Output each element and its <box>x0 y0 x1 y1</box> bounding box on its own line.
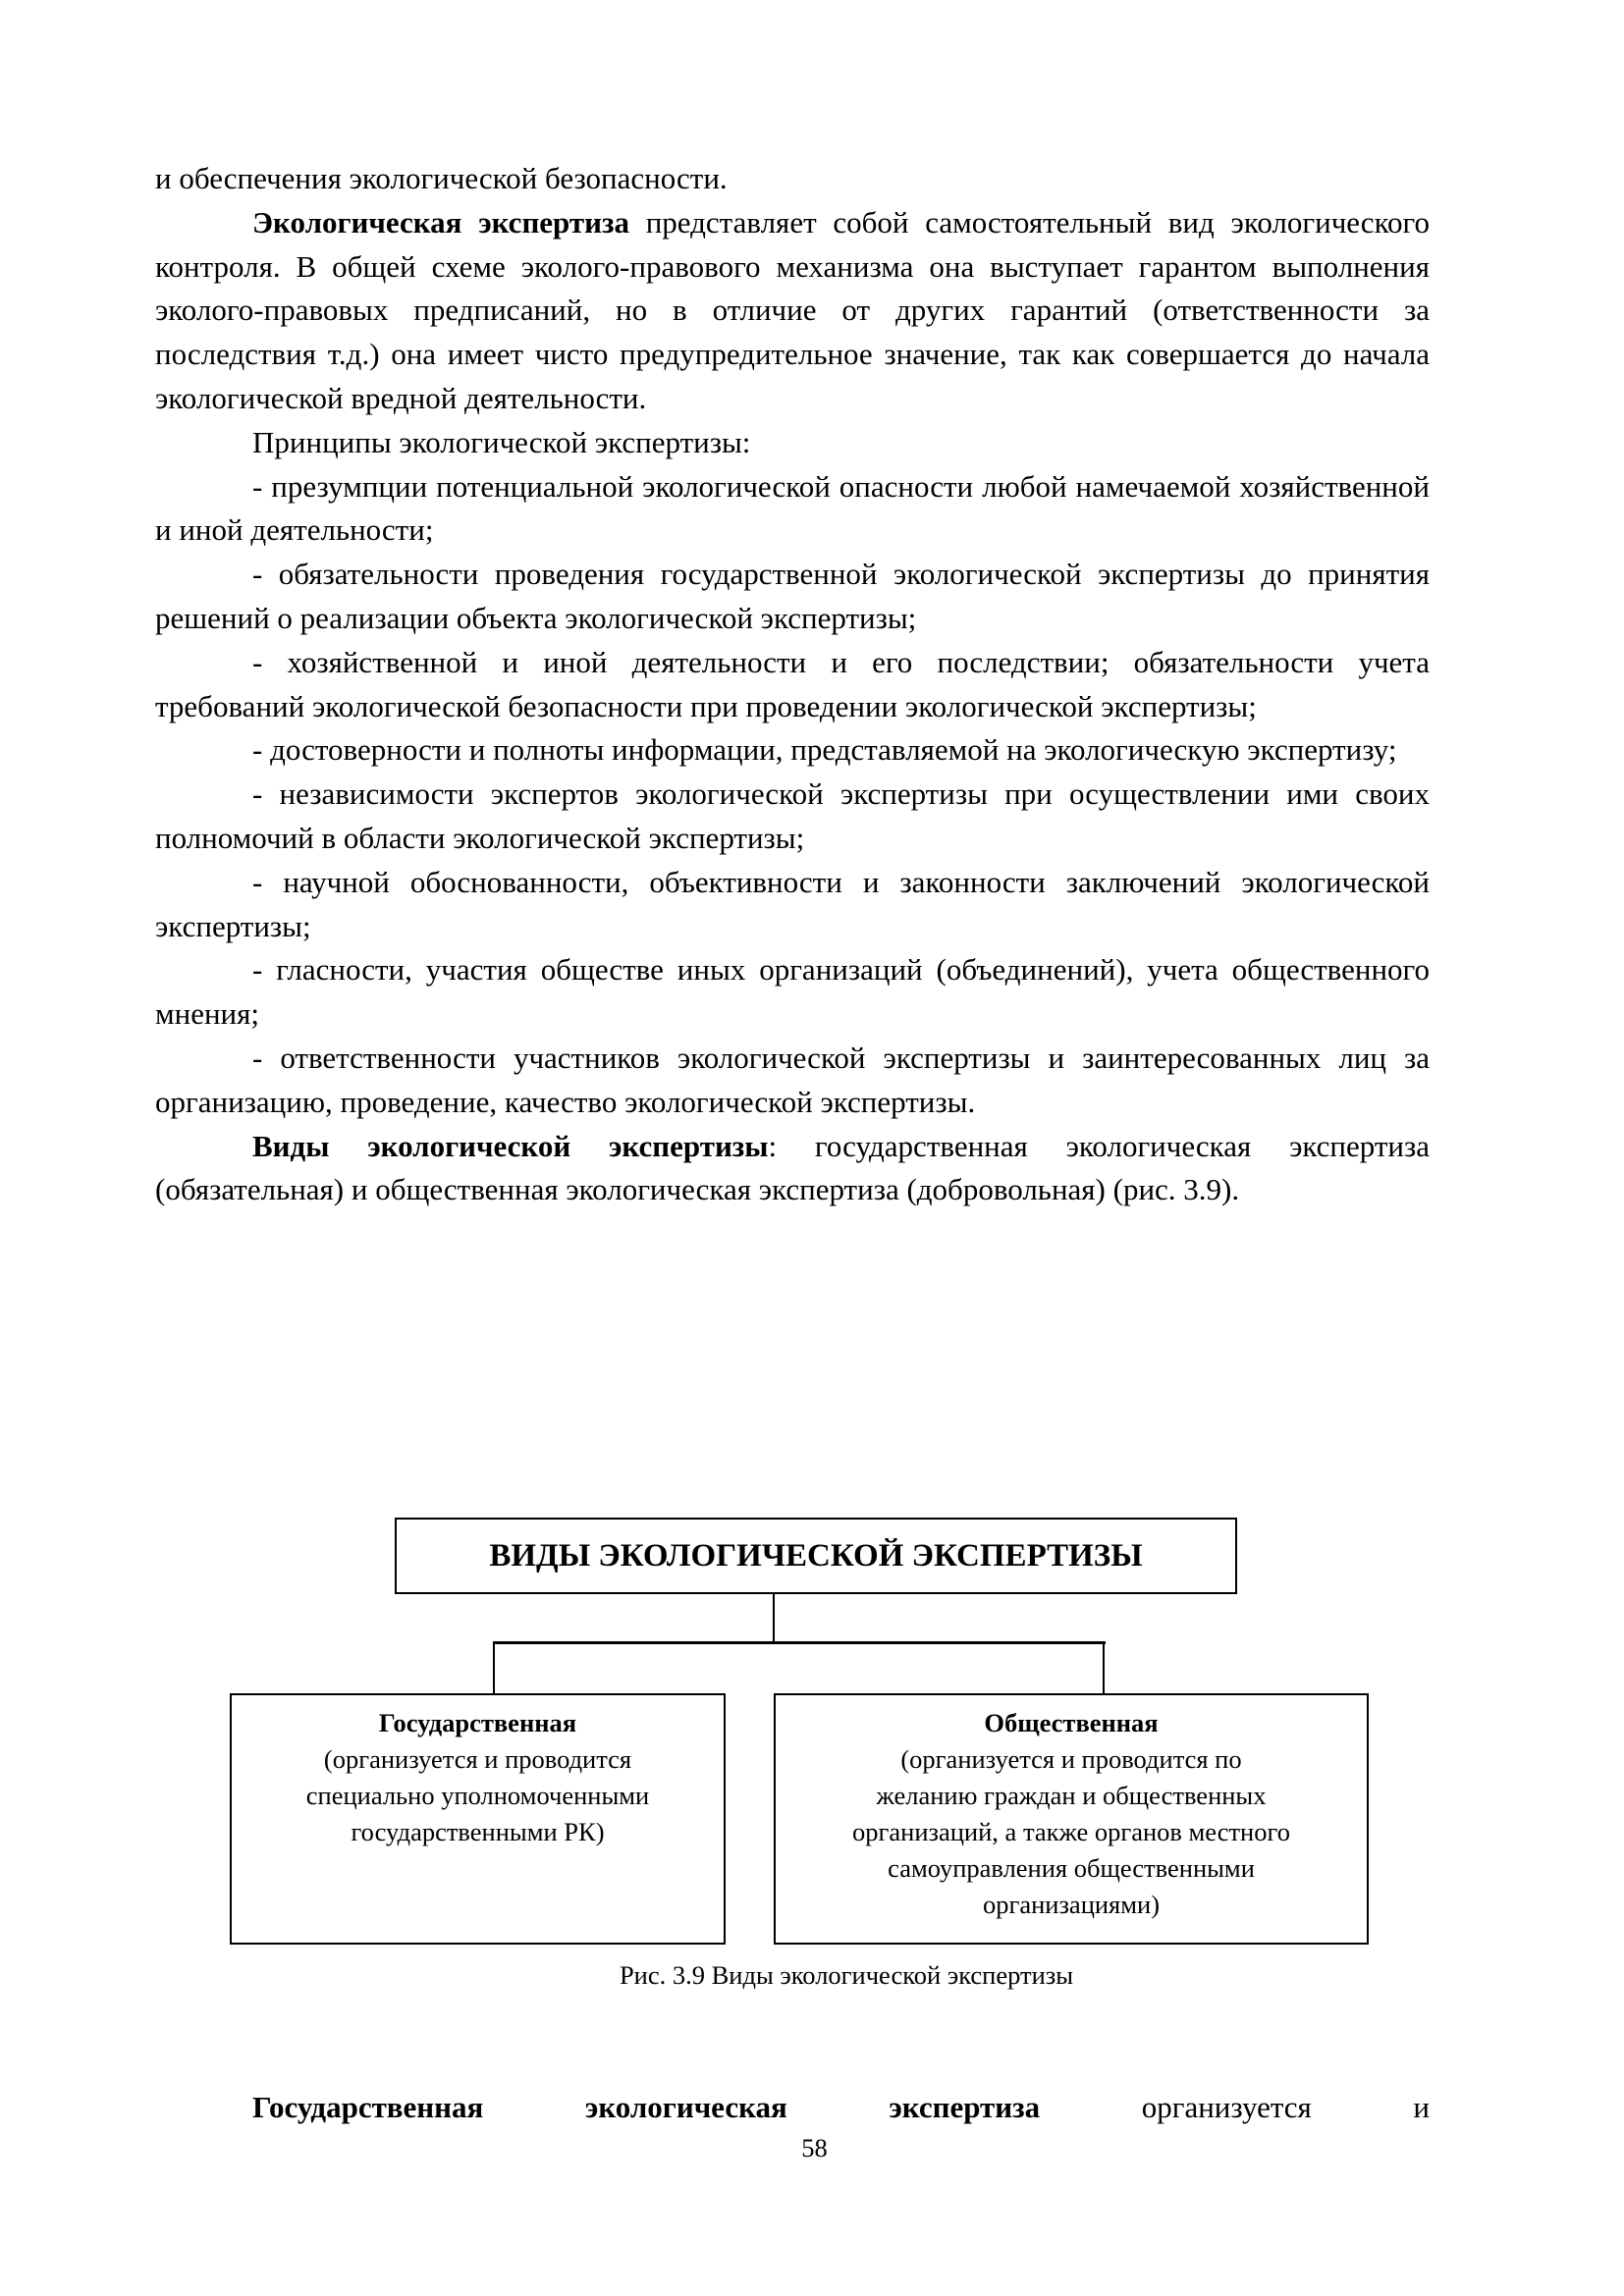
public-box-line: организаций, а также органов местного <box>776 1814 1367 1850</box>
definition-paragraph: Экологическая экспертиза представляет со… <box>155 201 1430 421</box>
connector-line <box>493 1641 1106 1644</box>
types-term: Виды экологической экспертизы <box>252 1129 768 1163</box>
last-paragraph: Государственная экологическая экспертиза… <box>155 2086 1430 2130</box>
public-box-title: Общественная <box>776 1705 1367 1741</box>
connector-line <box>493 1642 495 1694</box>
body-text: и обеспечения экологической безопасности… <box>155 157 1430 1212</box>
connector-line <box>773 1593 775 1643</box>
public-box-line: организациями) <box>776 1887 1367 1923</box>
definition-term: Экологическая экспертиза <box>252 205 629 240</box>
principle-item: - ответственности участников экологическ… <box>155 1037 1430 1125</box>
public-box-line: желанию граждан и общественных <box>776 1778 1367 1814</box>
principle-item: - научной обоснованности, объективности … <box>155 861 1430 949</box>
last-paragraph-text: организуется и <box>1040 2090 1430 2124</box>
diagram-root-label: ВИДЫ ЭКОЛОГИЧЕСКОЙ ЭКСПЕРТИЗЫ <box>489 1538 1142 1575</box>
principle-item: - презумпции потенциальной экологической… <box>155 465 1430 554</box>
connector-line <box>1103 1642 1105 1694</box>
intro-fragment: и обеспечения экологической безопасности… <box>155 157 1430 201</box>
public-box-line: самоуправления общественными <box>776 1850 1367 1887</box>
state-box-title: Государственная <box>232 1705 724 1741</box>
principle-item: - независимости экспертов экологической … <box>155 773 1430 861</box>
diagram-state-box: Государственная (организуется и проводит… <box>230 1693 726 1945</box>
principle-item: - обязательности проведения государствен… <box>155 553 1430 641</box>
last-paragraph-term: Государственная экологическая экспертиза <box>252 2090 1040 2124</box>
page-number: 58 <box>0 2130 1624 2165</box>
state-box-line: специально уполномоченными <box>232 1778 724 1814</box>
types-paragraph: Виды экологической экспертизы: государст… <box>155 1125 1430 1213</box>
principle-item: - гласности, участия обществе иных орган… <box>155 948 1430 1037</box>
diagram-root-box: ВИДЫ ЭКОЛОГИЧЕСКОЙ ЭКСПЕРТИЗЫ <box>395 1518 1237 1594</box>
principles-heading: Принципы экологической экспертизы: <box>155 421 1430 465</box>
public-box-line: (организуется и проводится по <box>776 1741 1367 1778</box>
principle-item: - достоверности и полноты информации, пр… <box>155 728 1430 773</box>
state-box-line: государственными РК) <box>232 1814 724 1850</box>
diagram-public-box: Общественная (организуется и проводится … <box>774 1693 1369 1945</box>
figure-caption: Рис. 3.9 Виды экологической экспертизы <box>0 1957 1624 1993</box>
principle-item: - хозяйственной и иной деятельности и ег… <box>155 641 1430 729</box>
state-box-line: (организуется и проводится <box>232 1741 724 1778</box>
